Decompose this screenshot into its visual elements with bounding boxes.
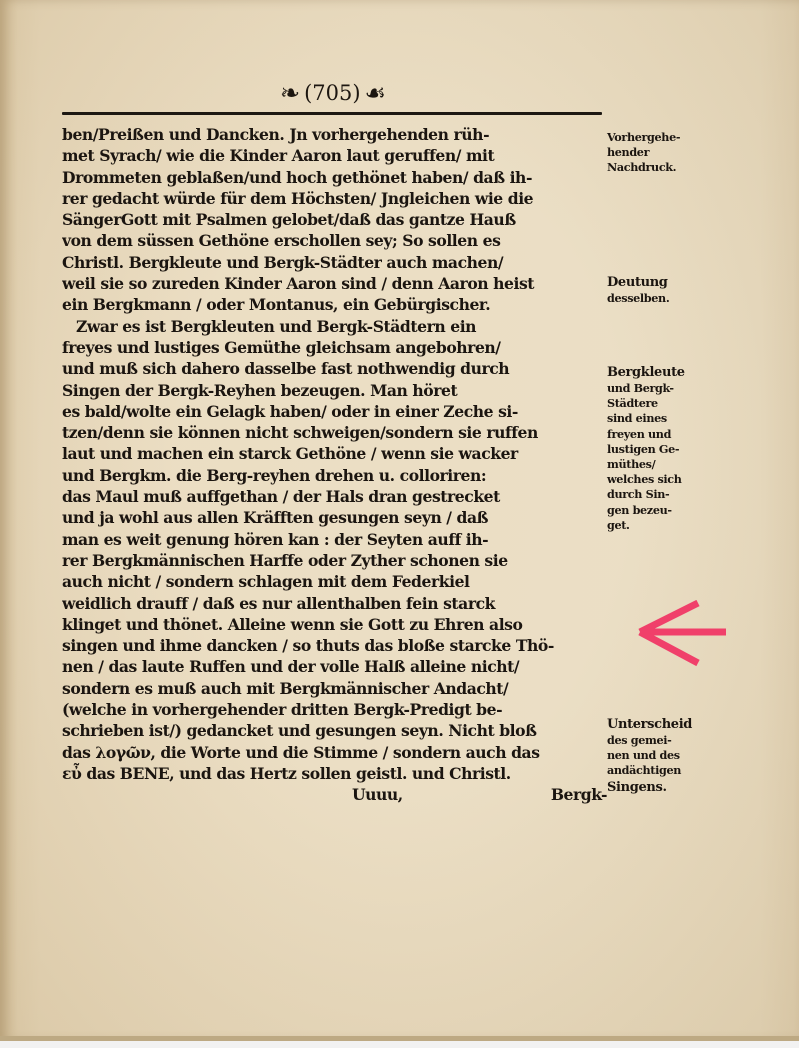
margin-note-line: Deutung: [607, 274, 717, 291]
margin-note-line: get.: [607, 518, 717, 533]
margin-note-line: Nachdruck.: [607, 160, 717, 175]
page-header: ❧ (705) ☙: [258, 78, 408, 108]
margin-note-line: und Bergk-: [607, 381, 717, 396]
text-line: man es weit genung hören kan : der Seyte…: [62, 529, 607, 550]
margin-note-line: müthes/: [607, 457, 717, 472]
text-line: (welche in vorhergehender dritten Bergk-…: [62, 699, 607, 720]
margin-note-line: Unterscheid: [607, 716, 717, 733]
margin-note-bergleute: Bergkleute und Bergk- Städtere sind eine…: [607, 364, 717, 533]
text-line: und Bergkm. die Berg-reyhen drehen u. co…: [62, 465, 607, 486]
text-line: ben/Preißen und Dancken. Jn vorhergehend…: [62, 124, 607, 145]
text-line: das Maul muß auffgethan / der Hals dran …: [62, 486, 607, 507]
text-line: Christl. Bergkleute und Bergk-Städter au…: [62, 252, 607, 273]
text-line: klinget und thönet. Alleine wenn sie Got…: [62, 614, 607, 635]
text-line: schrieben ist/) gedancket und gesungen s…: [62, 720, 607, 741]
margin-note-line: Städtere: [607, 396, 717, 411]
text-line: ein Bergkmann / oder Montanus, ein Gebür…: [62, 294, 607, 315]
red-arrow-annotation-icon: [636, 600, 728, 670]
main-text-block: ben/Preißen und Dancken. Jn vorhergehend…: [62, 124, 607, 806]
margin-note-line: sind eines: [607, 411, 717, 426]
text-line: nen / das laute Ruffen und der volle Hal…: [62, 656, 607, 677]
margin-note-line: durch Sin-: [607, 487, 717, 502]
signature-catchword-row: Uuuu, Bergk-: [62, 784, 607, 805]
text-line: SängerGott mit Psalmen gelobet/daß das g…: [62, 209, 607, 230]
text-line: es bald/wolte ein Gelagk haben/ oder in …: [62, 401, 607, 422]
text-line: Drommeten geblaßen/und hoch gethönet hab…: [62, 167, 607, 188]
signature-mark: Uuuu,: [352, 784, 403, 805]
margin-note-unterscheid: Unterscheid des gemei- nen und des andäc…: [607, 716, 717, 796]
margin-note-line: desselben.: [607, 291, 717, 306]
header-rule: [62, 112, 602, 115]
text-line: tzen/denn sie können nicht schweigen/son…: [62, 422, 607, 443]
margin-note-deutung: Deutung desselben.: [607, 274, 717, 306]
margin-note-line: des gemei-: [607, 733, 717, 748]
margin-note-line: hender: [607, 145, 717, 160]
text-line: das λογῶν, die Worte und die Stimme / so…: [62, 742, 607, 763]
text-line: laut und machen ein starck Gethöne / wen…: [62, 443, 607, 464]
margin-note-line: welches sich: [607, 472, 717, 487]
page-number: (705): [304, 81, 360, 105]
text-line: sondern es muß auch mit Bergkmännischer …: [62, 678, 607, 699]
text-line: rer gedacht würde für dem Höchsten/ Jngl…: [62, 188, 607, 209]
margin-note-line: Bergkleute: [607, 364, 717, 381]
text-line: freyes und lustiges Gemüthe gleichsam an…: [62, 337, 607, 358]
ornament-left-icon: ❧: [280, 81, 300, 105]
text-line: singen und ihme dancken / so thuts das b…: [62, 635, 607, 656]
text-line: auch nicht / sondern schlagen mit dem Fe…: [62, 571, 607, 592]
scanned-book-page: ❧ (705) ☙ ben/Preißen und Dancken. Jn vo…: [0, 0, 799, 1041]
text-line: und ja wohl aus allen Kräfften gesungen …: [62, 507, 607, 528]
text-line-highlighted: rer Bergkmännischen Harffe oder Zyther s…: [62, 550, 607, 571]
text-line: und muß sich dahero dasselbe fast nothwe…: [62, 358, 607, 379]
text-line: weidlich drauff / daß es nur allenthalbe…: [62, 593, 607, 614]
ornament-right-icon: ☙: [365, 81, 387, 105]
text-line: Singen der Bergk-Reyhen bezeugen. Man hö…: [62, 380, 607, 401]
margin-note-line: nen und des: [607, 748, 717, 763]
text-line-paragraph-start: Zwar es ist Bergkleuten und Bergk-Städte…: [62, 316, 607, 337]
margin-note-vorhergehender-nachdruck: Vorhergehe- hender Nachdruck.: [607, 130, 717, 176]
text-line: weil sie so zureden Kinder Aaron sind / …: [62, 273, 607, 294]
text-line: von dem süssen Gethöne erschollen sey; S…: [62, 230, 607, 251]
text-line: εὖ das BENE, und das Hertz sollen geistl…: [62, 763, 607, 784]
margin-note-line: Vorhergehe-: [607, 130, 717, 145]
margin-note-line: freyen und: [607, 427, 717, 442]
margin-note-line: Singens.: [607, 779, 717, 796]
margin-note-line: andächtigen: [607, 763, 717, 778]
margin-note-line: gen bezeu-: [607, 503, 717, 518]
margin-note-line: lustigen Ge-: [607, 442, 717, 457]
text-line: met Syrach/ wie die Kinder Aaron laut ge…: [62, 145, 607, 166]
catchword: Bergk-: [551, 784, 607, 805]
